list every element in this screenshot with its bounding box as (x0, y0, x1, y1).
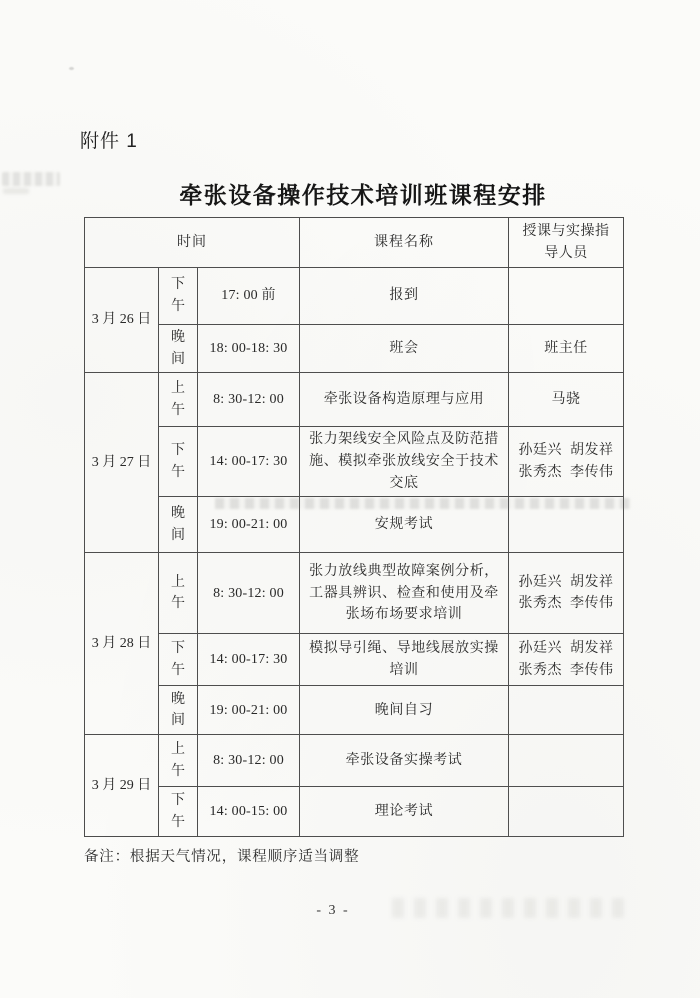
period-cell: 下 午 (159, 787, 198, 837)
period-cell: 下 午 (159, 268, 198, 325)
time-cell: 19: 00-21: 00 (198, 686, 300, 735)
table-row: 下 午 14: 00-17: 30 张力架线安全风险点及防范措施、模拟牵张放线安… (85, 427, 624, 497)
period-cell: 上 午 (159, 373, 198, 427)
instructor-cell (509, 735, 624, 787)
table-row: 晚 间 18: 00-18: 30 班会 班主任 (85, 325, 624, 373)
header-time: 时间 (85, 218, 300, 268)
period-cell: 下 午 (159, 634, 198, 686)
time-cell: 8: 30-12: 00 (198, 735, 300, 787)
table-header-row: 时间 课程名称 授课与实操指 导人员 (85, 218, 624, 268)
course-cell: 安规考试 (300, 497, 509, 553)
time-cell: 14: 00-17: 30 (198, 634, 300, 686)
instructor-cell (509, 686, 624, 735)
course-cell: 班会 (300, 325, 509, 373)
table-row: 3 月 29 日 上 午 8: 30-12: 00 牵张设备实操考试 (85, 735, 624, 787)
time-cell: 8: 30-12: 00 (198, 373, 300, 427)
time-cell: 14: 00-17: 30 (198, 427, 300, 497)
footnote: 备注：根据天气情况，课程顺序适当调整 (84, 845, 359, 866)
period-cell: 上 午 (159, 735, 198, 787)
period-cell: 晚 间 (159, 325, 198, 373)
instructor-cell (509, 497, 624, 553)
attachment-label: 附件 1 (80, 126, 138, 153)
period-cell: 晚 间 (159, 686, 198, 735)
time-cell: 8: 30-12: 00 (198, 553, 300, 634)
time-cell: 17: 00 前 (198, 268, 300, 325)
table-row: 3 月 28 日 上 午 8: 30-12: 00 张力放线典型故障案例分析，工… (85, 553, 624, 634)
table-row: 下 午 14: 00-17: 30 模拟导引绳、导地线展放实操培训 孙廷兴 胡发… (85, 634, 624, 686)
table-row: 3 月 27 日 上 午 8: 30-12: 00 牵张设备构造原理与应用 马骁 (85, 373, 624, 427)
course-schedule-table: 时间 课程名称 授课与实操指 导人员 3 月 26 日 下 午 17: 00 前… (84, 217, 624, 837)
instructor-cell: 马骁 (509, 373, 624, 427)
instructor-cell: 班主任 (509, 325, 624, 373)
course-cell: 报到 (300, 268, 509, 325)
header-course: 课程名称 (300, 218, 509, 268)
scanned-document-page: { "page": { "attachment_label": "附件 1", … (0, 0, 700, 998)
time-cell: 19: 00-21: 00 (198, 497, 300, 553)
table-row: 下 午 14: 00-15: 00 理论考试 (85, 787, 624, 837)
date-cell: 3 月 26 日 (85, 268, 159, 373)
instructor-cell: 孙廷兴 胡发祥 张秀杰 李传伟 (509, 427, 624, 497)
period-cell: 下 午 (159, 427, 198, 497)
date-cell: 3 月 27 日 (85, 373, 159, 553)
course-cell: 模拟导引绳、导地线展放实操培训 (300, 634, 509, 686)
header-instructor: 授课与实操指 导人员 (509, 218, 624, 268)
date-cell: 3 月 28 日 (85, 553, 159, 735)
course-cell: 牵张设备构造原理与应用 (300, 373, 509, 427)
page-number: - 3 - (0, 903, 683, 919)
time-cell: 14: 00-15: 00 (198, 787, 300, 837)
course-cell: 理论考试 (300, 787, 509, 837)
period-cell: 上 午 (159, 553, 198, 634)
course-cell: 张力架线安全风险点及防范措施、模拟牵张放线安全于技术交底 (300, 427, 509, 497)
page-title: 牵张设备操作技术培训班课程安排 (13, 177, 700, 210)
table-row: 3 月 26 日 下 午 17: 00 前 报到 (85, 268, 624, 325)
instructor-cell: 孙廷兴 胡发祥 张秀杰 李传伟 (509, 553, 624, 634)
instructor-cell: 孙廷兴 胡发祥 张秀杰 李传伟 (509, 634, 624, 686)
table-row: 晚 间 19: 00-21: 00 安规考试 (85, 497, 624, 553)
table-row: 晚 间 19: 00-21: 00 晚间自习 (85, 686, 624, 735)
period-cell: 晚 间 (159, 497, 198, 553)
scan-dot-artifact (69, 67, 74, 70)
instructor-cell (509, 268, 624, 325)
course-cell: 牵张设备实操考试 (300, 735, 509, 787)
date-cell: 3 月 29 日 (85, 735, 159, 837)
course-cell: 张力放线典型故障案例分析，工器具辨识、检查和使用及牵张场布场要求培训 (300, 553, 509, 634)
course-cell: 晚间自习 (300, 686, 509, 735)
time-cell: 18: 00-18: 30 (198, 325, 300, 373)
instructor-cell (509, 787, 624, 837)
